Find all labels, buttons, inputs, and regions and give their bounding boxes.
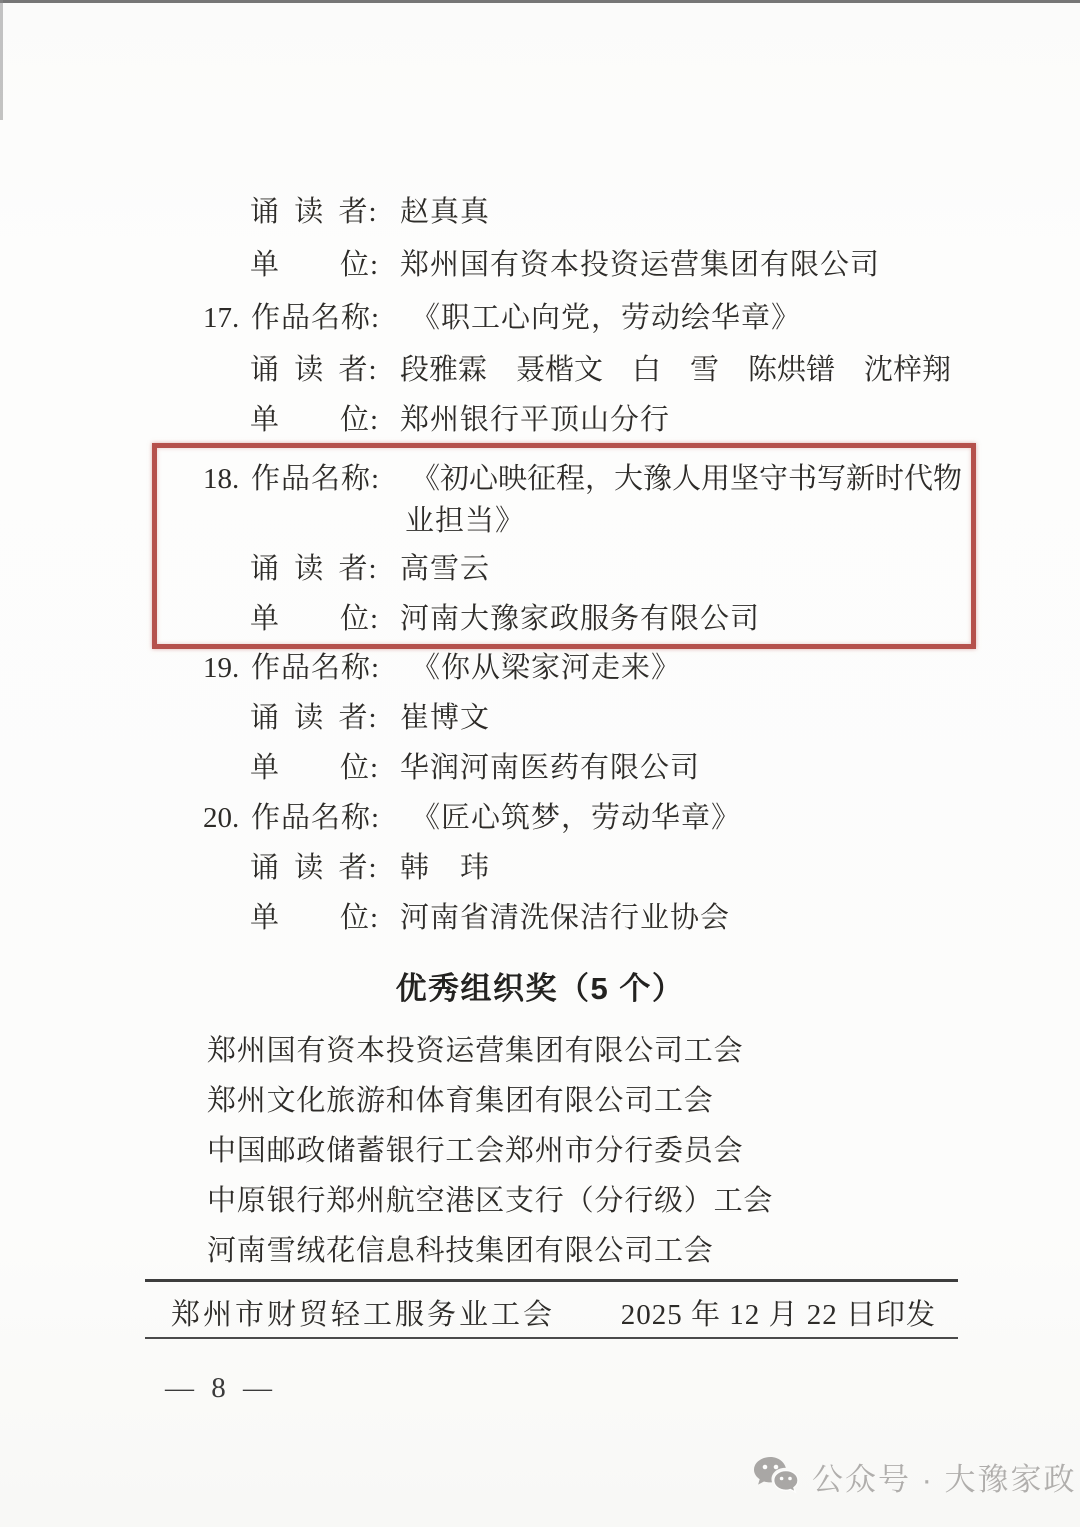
work-name-label: 作品名称:	[251, 298, 409, 338]
scan-edge-left	[0, 0, 3, 120]
org-list-item: 中国邮政储蓄银行工会郑州市分行委员会	[207, 1128, 743, 1169]
entry-number: 18.	[203, 459, 251, 499]
reader-label: 诵 读 者:	[250, 549, 398, 589]
work-title-line2: 业担当》	[405, 501, 525, 541]
unit-label: 单 位:	[250, 898, 398, 938]
work-name-label: 作品名称:	[251, 798, 409, 838]
footer-issuer: 郑州市财贸轻工服务业工会	[171, 1292, 555, 1333]
reader-value: 段雅霖 聂楷文 白 雪 陈烘镨 沈梓翔	[400, 354, 951, 386]
work-title: 《职工心向党，劳动绘华章》	[411, 302, 801, 334]
footer-divider-bottom	[145, 1337, 958, 1339]
work-title: 《匠心筑梦，劳动华章》	[411, 802, 741, 834]
org-list-item: 郑州国有资本投资运营集团有限公司工会	[207, 1028, 743, 1069]
reader-row: 诵 读 者:段雅霖 聂楷文 白 雪 陈烘镨 沈梓翔	[250, 350, 951, 390]
unit-row: 单 位:郑州国有资本投资运营集团有限公司	[250, 245, 880, 285]
reader-label: 诵 读 者:	[250, 350, 398, 390]
section-title: 优秀组织奖（5 个）	[0, 963, 1080, 1008]
org-list-item: 河南雪绒花信息科技集团有限公司工会	[207, 1228, 714, 1269]
reader-row: 诵 读 者:高雪云	[250, 549, 490, 589]
unit-row: 单 位:河南省清洗保洁行业协会	[250, 898, 730, 938]
reader-label: 诵 读 者:	[250, 848, 398, 888]
unit-value: 华润河南医药有限公司	[400, 752, 700, 784]
scan-edge-top	[0, 0, 1080, 3]
entry-number: 20.	[203, 798, 251, 838]
watermark: 公众号 · 大豫家政	[753, 1452, 1077, 1500]
watermark-text: 公众号 · 大豫家政	[812, 1454, 1077, 1499]
unit-row: 单 位:郑州银行平顶山分行	[250, 400, 670, 440]
footer-divider-top	[145, 1279, 958, 1282]
entry-title-row: 19.作品名称:《你从梁家河走来》	[203, 648, 681, 688]
reader-value: 赵真真	[400, 196, 490, 228]
unit-row: 单 位:河南大豫家政服务有限公司	[250, 599, 760, 639]
wechat-icon	[753, 1456, 799, 1496]
reader-row: 诵 读 者:韩 玮	[250, 848, 490, 888]
unit-label: 单 位:	[250, 599, 398, 639]
entry-title-row: 18.作品名称:《初心映征程，大豫人用坚守书写新时代物	[203, 459, 962, 499]
work-title-line1: 《初心映征程，大豫人用坚守书写新时代物	[411, 463, 962, 495]
unit-value: 郑州国有资本投资运营集团有限公司	[400, 249, 880, 281]
reader-row: 诵 读 者:赵真真	[250, 192, 490, 232]
reader-label: 诵 读 者:	[250, 698, 398, 738]
unit-label: 单 位:	[250, 400, 398, 440]
reader-row: 诵 读 者:崔博文	[250, 698, 490, 738]
unit-row: 单 位:华润河南医药有限公司	[250, 748, 700, 788]
unit-value: 河南省清洗保洁行业协会	[400, 902, 730, 934]
footer-print-date: 2025 年 12 月 22 日印发	[621, 1292, 936, 1333]
page-number: — 8 —	[165, 1372, 277, 1405]
org-list-item: 中原银行郑州航空港区支行（分行级）工会	[207, 1178, 773, 1219]
unit-value: 河南大豫家政服务有限公司	[400, 603, 760, 635]
entry-title-row: 17.作品名称:《职工心向党，劳动绘华章》	[203, 298, 801, 338]
org-list-item: 郑州文化旅游和体育集团有限公司工会	[207, 1078, 714, 1119]
unit-value: 郑州银行平顶山分行	[400, 404, 670, 436]
entry-title-row: 20.作品名称:《匠心筑梦，劳动华章》	[203, 798, 741, 838]
work-name-label: 作品名称:	[251, 648, 409, 688]
reader-value: 韩 玮	[400, 852, 490, 884]
document-page: 诵 读 者:赵真真 单 位:郑州国有资本投资运营集团有限公司 17.作品名称:《…	[0, 0, 1080, 1527]
entry-number: 17.	[203, 298, 251, 338]
footer-row: 郑州市财贸轻工服务业工会 2025 年 12 月 22 日印发	[145, 1292, 958, 1332]
unit-label: 单 位:	[250, 245, 398, 285]
unit-label: 单 位:	[250, 748, 398, 788]
reader-value: 崔博文	[400, 702, 490, 734]
work-name-label: 作品名称:	[251, 459, 409, 499]
entry-number: 19.	[203, 648, 251, 688]
reader-label: 诵 读 者:	[250, 192, 398, 232]
work-title: 《你从梁家河走来》	[411, 652, 681, 684]
reader-value: 高雪云	[400, 553, 490, 585]
